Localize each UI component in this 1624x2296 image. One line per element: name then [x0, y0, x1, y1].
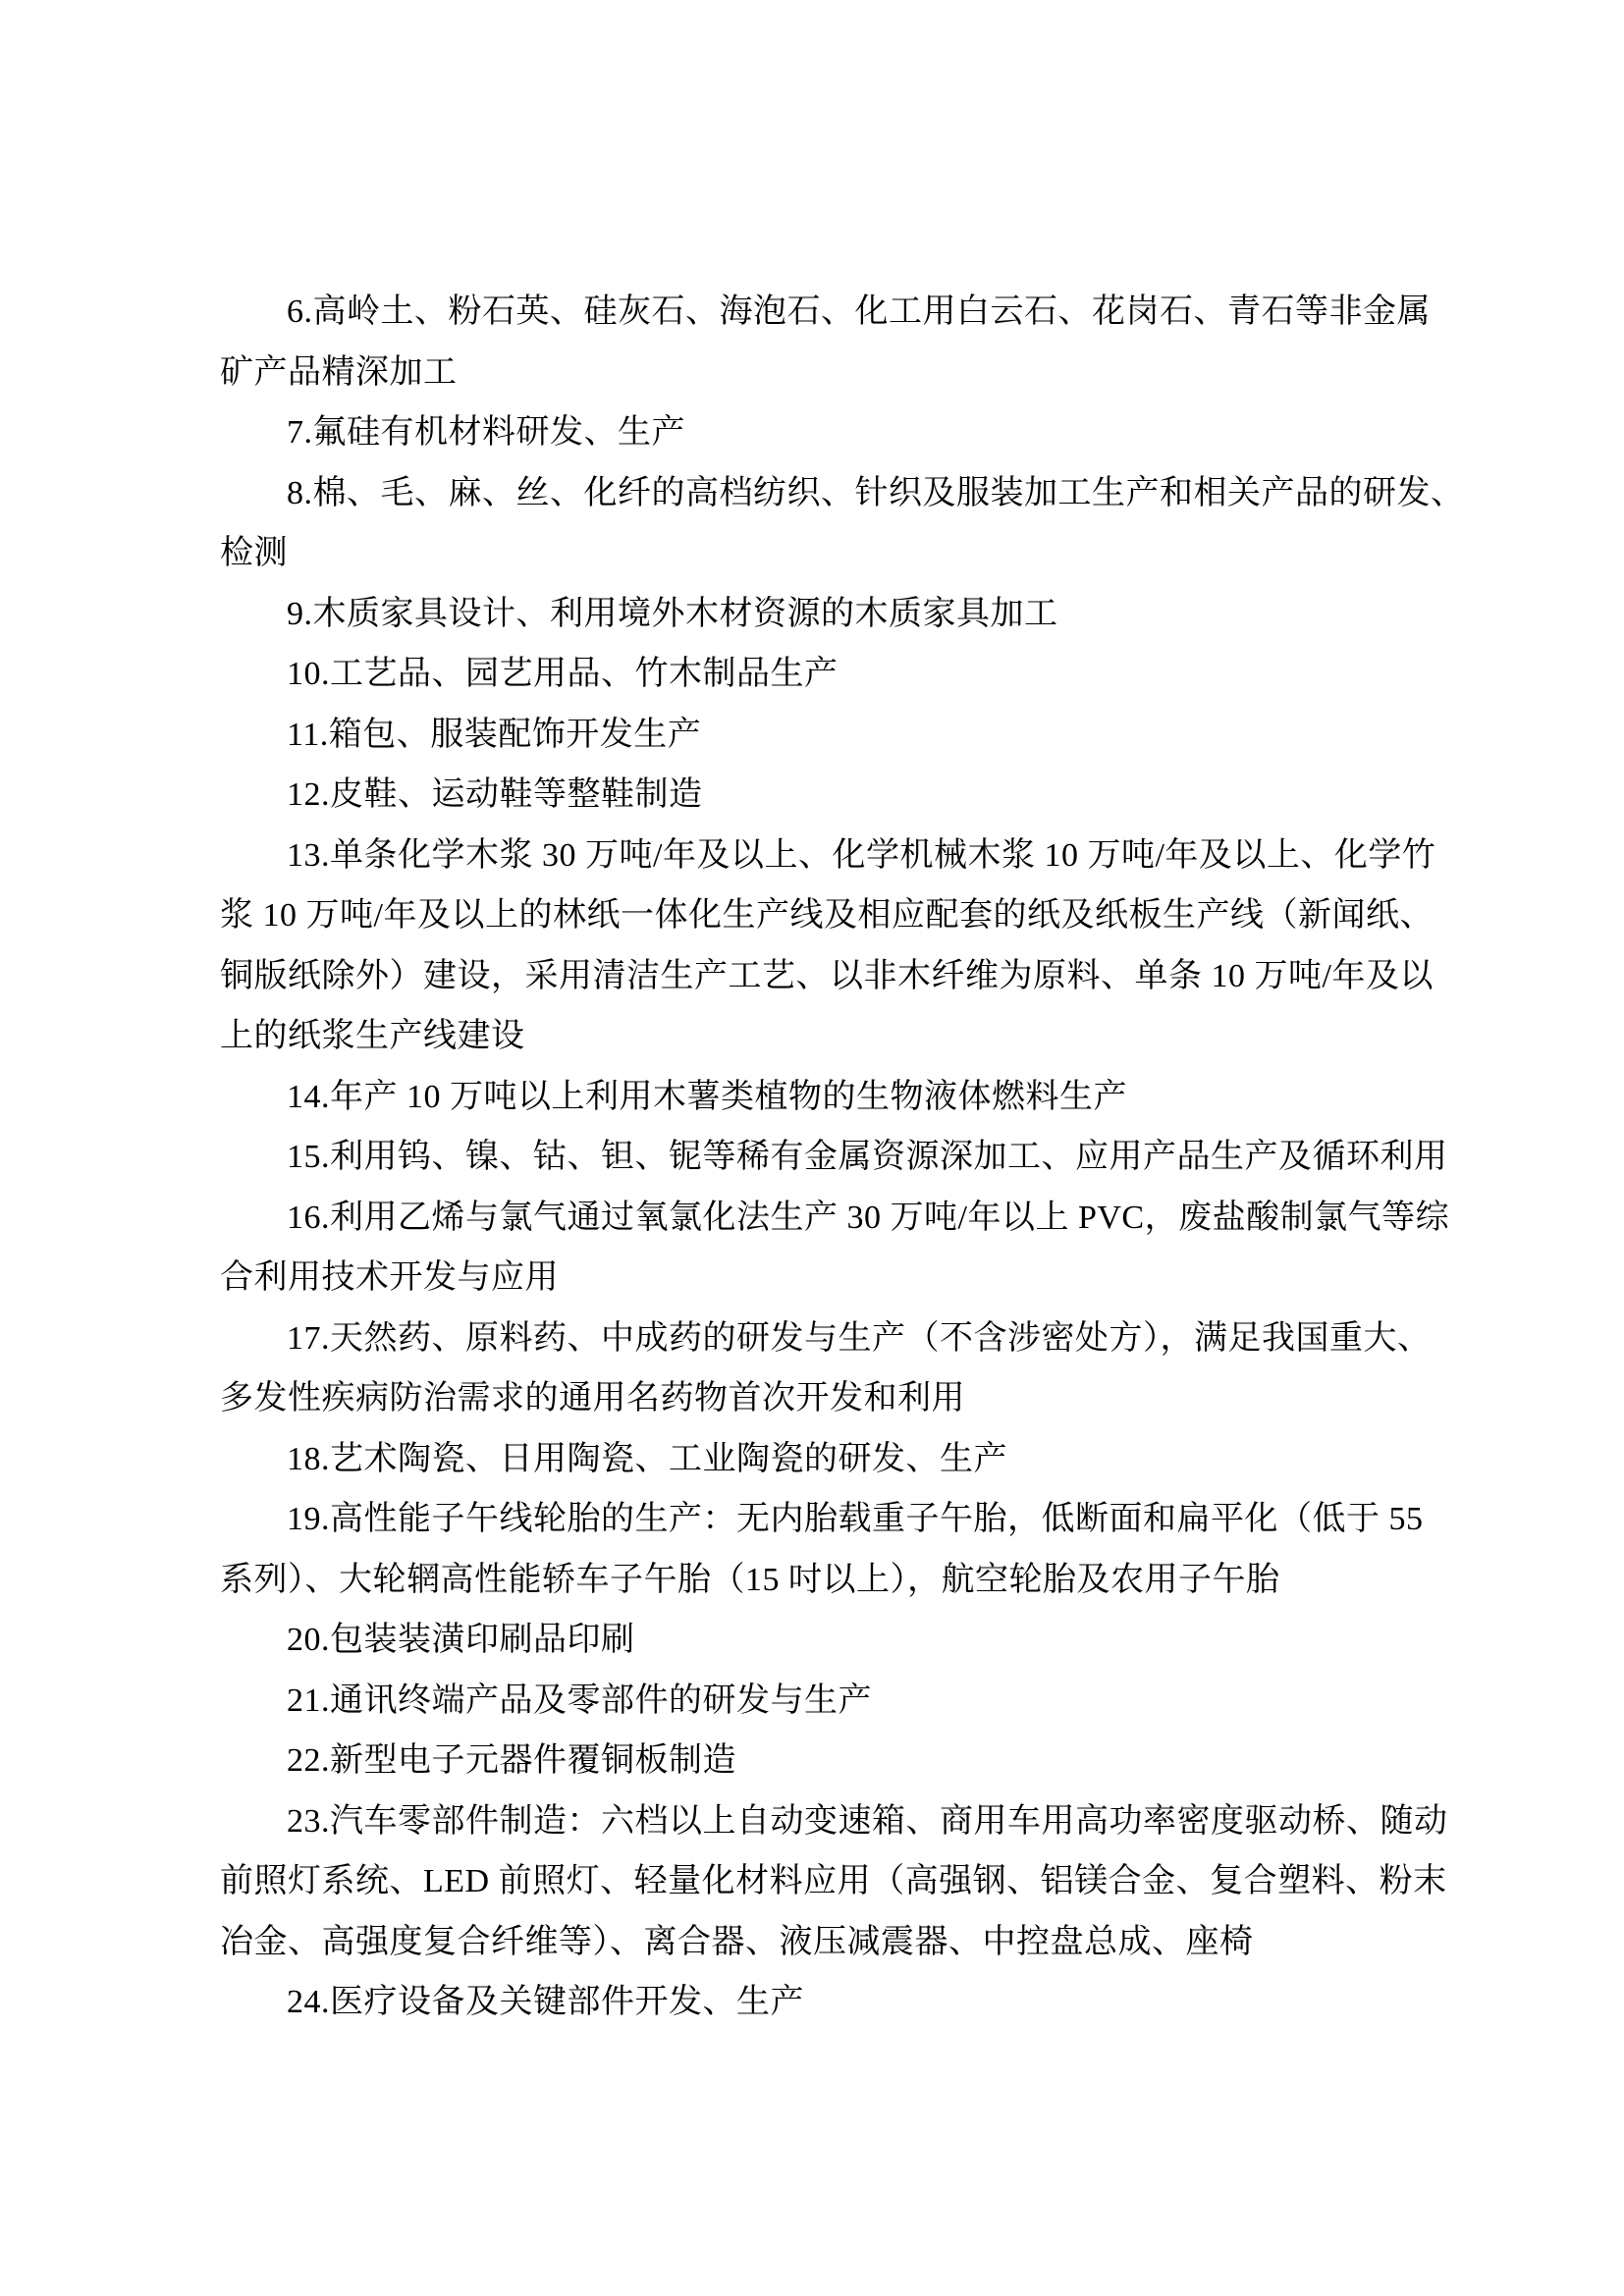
document-line: 6.高岭土、粉石英、硅灰石、海泡石、化工用白云石、花岗石、青石等非金属 [220, 282, 1410, 343]
document-line: 8.棉、毛、麻、丝、化纤的高档纺织、针织及服装加工生产和相关产品的研发、 [220, 463, 1410, 524]
document-line: 上的纸浆生产线建设 [220, 1006, 1410, 1067]
document-line: 20.包装装潢印刷品印刷 [220, 1610, 1410, 1671]
document-line: 18.艺术陶瓷、日用陶瓷、工业陶瓷的研发、生产 [220, 1429, 1410, 1490]
document-line: 16.利用乙烯与氯气通过氧氯化法生产 30 万吨/年以上 PVC，废盐酸制氯气等… [220, 1188, 1410, 1249]
document-line: 23.汽车零部件制造：六档以上自动变速箱、商用车用高功率密度驱动桥、随动 [220, 1791, 1410, 1852]
document-line: 合利用技术开发与应用 [220, 1248, 1410, 1308]
document-line: 10.工艺品、园艺用品、竹木制品生产 [220, 644, 1410, 705]
document-line: 系列）、大轮辋高性能轿车子午胎（15 吋以上），航空轮胎及农用子午胎 [220, 1550, 1410, 1611]
document-line: 多发性疾病防治需求的通用名药物首次开发和利用 [220, 1368, 1410, 1429]
document-line: 冶金、高强度复合纤维等）、离合器、液压减震器、中控盘总成、座椅 [220, 1912, 1410, 1973]
document-line: 15.利用钨、镍、钴、钽、铌等稀有金属资源深加工、应用产品生产及循环利用 [220, 1127, 1410, 1188]
document-body: 6.高岭土、粉石英、硅灰石、海泡石、化工用白云石、花岗石、青石等非金属矿产品精深… [220, 282, 1410, 2033]
document-line: 检测 [220, 523, 1410, 584]
document-line: 9.木质家具设计、利用境外木材资源的木质家具加工 [220, 584, 1410, 645]
document-line: 14.年产 10 万吨以上利用木薯类植物的生物液体燃料生产 [220, 1067, 1410, 1128]
document-line: 13.单条化学木浆 30 万吨/年及以上、化学机械木浆 10 万吨/年及以上、化… [220, 826, 1410, 886]
document-line: 前照灯系统、LED 前照灯、轻量化材料应用（高强钢、铝镁合金、复合塑料、粉末 [220, 1851, 1410, 1912]
document-line: 17.天然药、原料药、中成药的研发与生产（不含涉密处方），满足我国重大、 [220, 1308, 1410, 1369]
document-line: 21.通讯终端产品及零部件的研发与生产 [220, 1671, 1410, 1732]
document-line: 12.皮鞋、运动鞋等整鞋制造 [220, 765, 1410, 826]
document-line: 浆 10 万吨/年及以上的林纸一体化生产线及相应配套的纸及纸板生产线（新闻纸、 [220, 885, 1410, 946]
document-page: 6.高岭土、粉石英、硅灰石、海泡石、化工用白云石、花岗石、青石等非金属矿产品精深… [0, 0, 1624, 2296]
document-line: 22.新型电子元器件覆铜板制造 [220, 1731, 1410, 1791]
document-line: 铜版纸除外）建设，采用清洁生产工艺、以非木纤维为原料、单条 10 万吨/年及以 [220, 946, 1410, 1007]
document-line: 7.氟硅有机材料研发、生产 [220, 402, 1410, 463]
document-line: 24.医疗设备及关键部件开发、生产 [220, 1972, 1410, 2033]
document-line: 11.箱包、服装配饰开发生产 [220, 705, 1410, 766]
document-line: 19.高性能子午线轮胎的生产：无内胎载重子午胎，低断面和扁平化（低于 55 [220, 1489, 1410, 1550]
document-line: 矿产品精深加工 [220, 343, 1410, 403]
